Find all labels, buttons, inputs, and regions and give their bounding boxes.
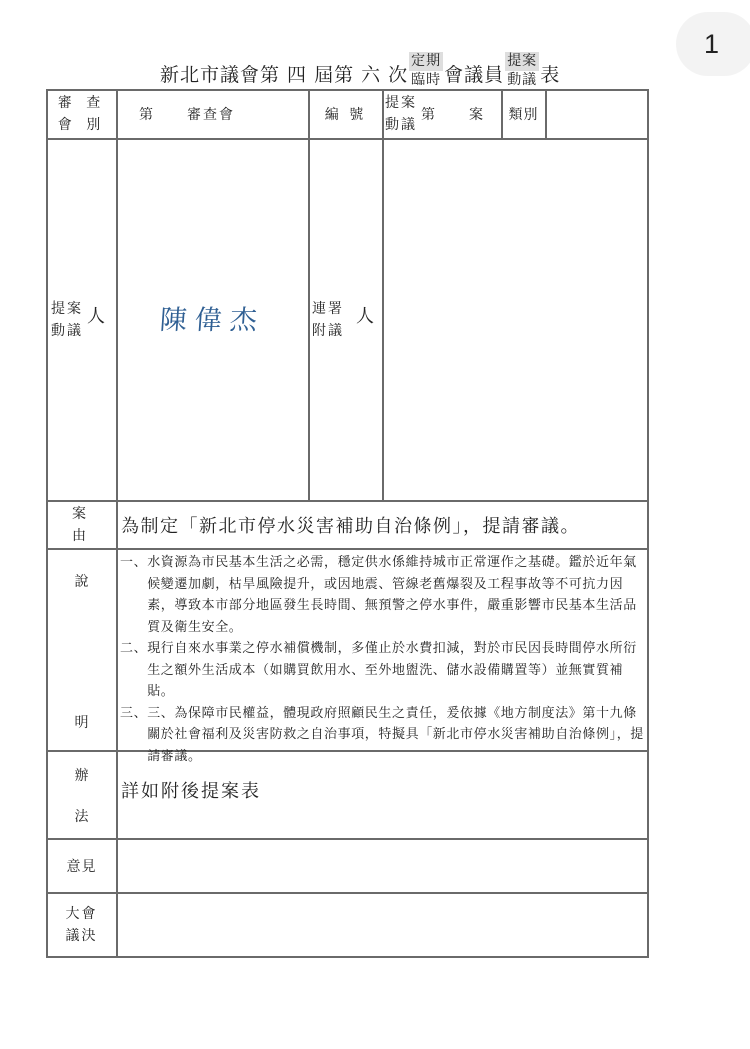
number-label: 編 號 (309, 90, 382, 138)
number-label-text: 編 號 (325, 104, 366, 124)
category-label-text: 類別 (509, 104, 539, 124)
cosigner-label-line2: 附議 (312, 320, 344, 342)
explanation-item-text: 現行自來水事業之停水補償機制，多僅止於水費扣減，對於市民因長時間停水所衍生之額外… (147, 638, 645, 703)
reason-label-line1: 案 (72, 503, 91, 525)
category-label: 類別 (502, 90, 545, 138)
title-prefix: 新北市議會第 四 屆第 六 次 (160, 64, 408, 90)
reason-label: 案 由 (47, 501, 116, 548)
session-type-regular: 定期 (409, 52, 443, 71)
method-label-line1: 辦 (75, 765, 89, 785)
resolution-label-line2: 議決 (66, 925, 98, 947)
resolution-label-line1: 大會 (66, 903, 98, 925)
session-type-choice: 定期 臨時 (409, 52, 443, 90)
committee-value: 第 審查會 (139, 104, 235, 124)
opinion-field[interactable] (117, 839, 647, 892)
committee-field[interactable]: 第 審查會 (117, 90, 308, 138)
proposal-type-proposal: 提案 (505, 52, 539, 71)
page-indicator: 1 (676, 12, 750, 76)
reason-text: 為制定「新北市停水災害補助自治條例」，提請審議。 (121, 512, 580, 538)
page-number: 1 (704, 29, 719, 60)
review-committee-label-line2: 會 別 (58, 114, 105, 136)
explanation-label: 說 明 (47, 549, 116, 750)
explanation-item-number: 二、 (120, 638, 147, 703)
case-type-motion: 動議 (385, 114, 417, 136)
explanation-list: 一、 水資源為市民基本生活之必需，穩定供水係維持城市正常運作之基礎。鑑於近年氣候… (120, 552, 645, 767)
table-border (46, 956, 649, 958)
proposal-type-choice: 提案 動議 (505, 52, 539, 90)
explanation-label-line2: 明 (75, 712, 89, 732)
reason-field[interactable]: 為制定「新北市停水災害補助自治條例」，提請審議。 (117, 501, 647, 548)
proposer-label-suffix: 人 (87, 302, 105, 328)
method-label: 辦 法 (47, 751, 116, 838)
cosigner-label-line1: 連署 (312, 298, 344, 320)
resolution-label: 大會 議決 (47, 893, 116, 956)
method-text: 詳如附後提案表 (121, 777, 261, 803)
explanation-item-text: 水資源為市民基本生活之必需，穩定供水係維持城市正常運作之基礎。鑑於近年氣候變遷加… (147, 552, 645, 638)
table-border (46, 548, 649, 550)
category-field[interactable] (546, 90, 647, 138)
case-type-label: 提案 動議 (385, 92, 417, 136)
proposer-signature-field[interactable]: 陳偉杰 (117, 139, 308, 500)
case-number-field[interactable]: 提案 動議 第 案 (383, 90, 501, 138)
method-field[interactable]: 詳如附後提案表 (117, 751, 647, 838)
cosigner-field[interactable] (383, 139, 647, 500)
table-border (647, 89, 649, 957)
title-suffix: 表 (540, 64, 560, 90)
explanation-item: 二、 現行自來水事業之停水補償機制，多僅止於水費扣減，對於市民因長時間停水所衍生… (120, 638, 645, 703)
explanation-label-line1: 說 (75, 571, 89, 591)
review-committee-label: 審 查 會 別 (47, 90, 116, 138)
title-middle: 會議員 (444, 64, 504, 90)
case-number-value: 第 案 (421, 104, 485, 124)
resolution-field[interactable] (117, 893, 647, 956)
method-label-line2: 法 (75, 806, 89, 826)
review-committee-label-line1: 審 查 (58, 92, 105, 114)
proposer-label: 提案 動議 人 (47, 139, 116, 500)
case-type-proposal: 提案 (385, 92, 417, 114)
cosigner-label-suffix: 人 (356, 302, 374, 328)
proposer-label-line1: 提案 (51, 298, 83, 320)
page-title: 新北市議會第 四 屆第 六 次 定期 臨時 會議員 提案 動議 表 (160, 40, 560, 90)
reason-label-line2: 由 (72, 525, 91, 547)
explanation-item-number: 一、 (120, 552, 147, 638)
explanation-item: 一、 水資源為市民基本生活之必需，穩定供水係維持城市正常運作之基礎。鑑於近年氣候… (120, 552, 645, 638)
proposer-signature: 陳偉杰 (159, 298, 267, 337)
proposal-type-motion: 動議 (505, 71, 539, 90)
opinion-label: 意見 (47, 839, 116, 892)
session-type-extraordinary: 臨時 (409, 71, 443, 90)
opinion-label-text: 意見 (67, 856, 97, 876)
proposer-label-line2: 動議 (51, 320, 83, 342)
cosigner-label: 連署 附議 人 (309, 139, 382, 500)
